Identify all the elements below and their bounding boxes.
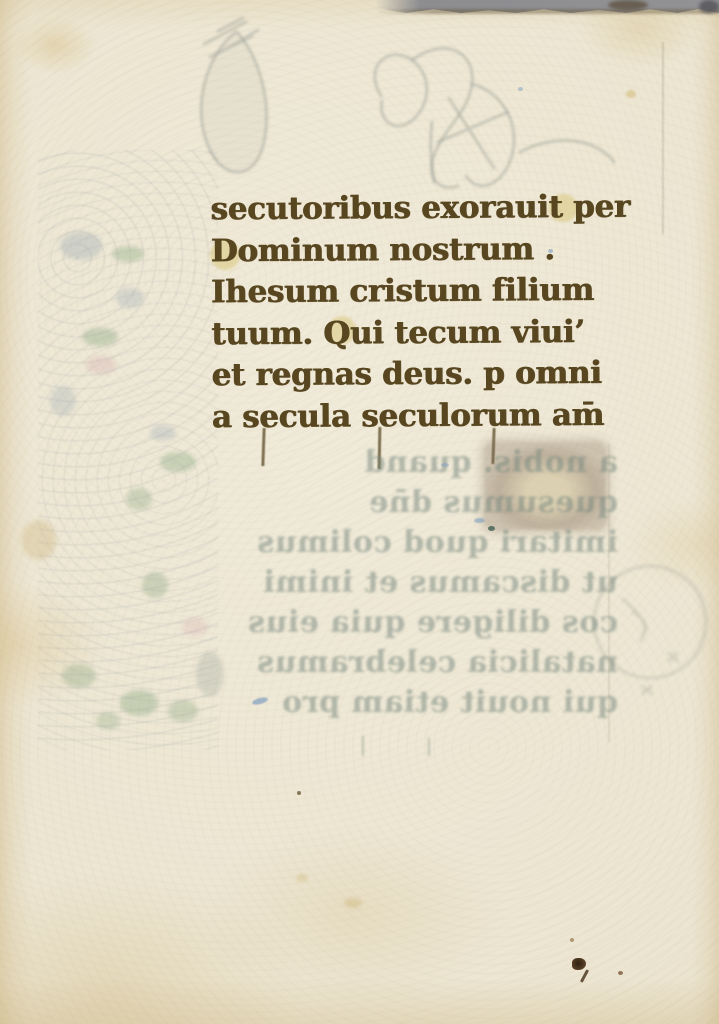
dark-speck	[570, 938, 574, 942]
page-edge-dark-blob	[608, 0, 648, 10]
border-showthrough-blob-blue	[150, 425, 176, 441]
blue-pigment-speck	[474, 518, 485, 523]
yellow-fleck	[344, 898, 362, 908]
showthrough-text-line: ut discamus et inimi	[204, 563, 618, 603]
manuscript-text-line: Dominum nostrum .	[210, 228, 628, 272]
manuscript-text-line: Ihesum cristum filium	[211, 270, 629, 314]
showthrough-text-line: a nobis. quand	[204, 443, 618, 483]
border-showthrough-blob-green	[120, 690, 158, 716]
dark-speck	[618, 971, 623, 975]
ruling-line-vertical	[662, 42, 664, 234]
stain-blob-tan	[22, 520, 56, 560]
showthrough-text-line: cos diligere quia eius	[204, 603, 618, 643]
manuscript-photo: secutoribus exorauit per Dominum nostrum…	[0, 0, 719, 1024]
showthrough-text-line: imitari quod colimus	[204, 523, 618, 563]
border-showthrough-blob-green	[168, 700, 198, 722]
showthrough-text-block: a nobis. quand quesumus dn̄e imitari quo…	[204, 443, 618, 723]
dark-teal-speck	[488, 526, 495, 531]
border-showthrough-blob-green	[96, 712, 120, 730]
border-showthrough-blob-green	[142, 572, 168, 598]
border-showthrough-blob-green	[160, 452, 196, 472]
yellow-fleck	[626, 90, 636, 98]
page-top-edge-shadow	[375, 9, 719, 14]
blue-pigment-speck	[441, 463, 449, 467]
border-showthrough-blob-blue	[60, 232, 102, 260]
page-edge-dark-blob	[699, 0, 719, 13]
blue-pigment-speck	[518, 87, 523, 91]
yellow-fleck	[296, 874, 308, 882]
border-showthrough-blob-blue	[50, 386, 76, 416]
manuscript-text-line: et regnas deus. p omni	[211, 353, 629, 397]
showthrough-text-line: natalicia celebramus	[204, 643, 618, 683]
showthrough-text-line: quesumus dn̄e	[204, 483, 618, 523]
border-showthrough-blob-pink	[86, 356, 116, 374]
showthrough-descender	[362, 736, 364, 756]
manuscript-text-line: a secula seculorum am̄	[212, 394, 630, 438]
showthrough-text-line: qui nouit etiam pro	[204, 683, 618, 723]
border-showthrough-blob-green	[126, 488, 152, 510]
border-showthrough-blob-blue	[116, 288, 144, 308]
showthrough-descender	[428, 738, 430, 756]
border-showthrough-blob-green	[82, 328, 118, 346]
manuscript-text-line: tuum. Qui tecum viui’	[211, 311, 629, 355]
dark-speck	[297, 791, 301, 795]
border-showthrough-blob-green	[62, 664, 96, 688]
main-text-block: secutoribus exorauit per Dominum nostrum…	[210, 187, 630, 439]
blue-pigment-speck	[548, 249, 553, 253]
manuscript-text-line: secutoribus exorauit per	[210, 187, 628, 231]
border-showthrough-blob-green	[112, 246, 144, 262]
